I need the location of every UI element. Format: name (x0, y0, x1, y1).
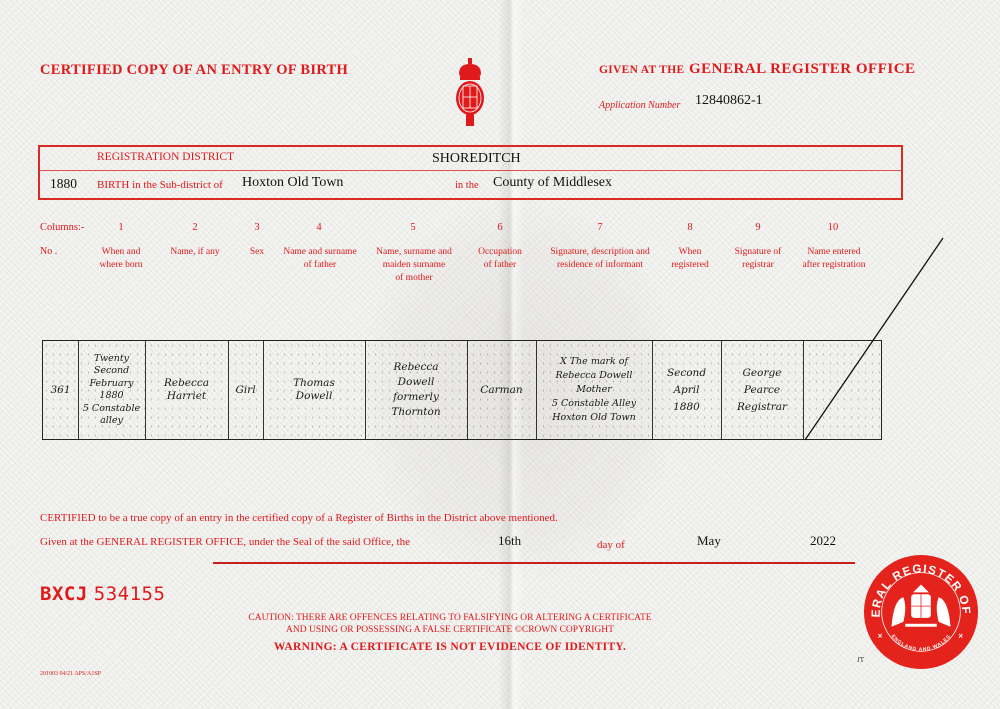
general-register-office-seal-icon: GENERAL REGISTER OFFICE ENGLAND AND WALE… (862, 553, 980, 671)
birth-entry-row: 361 Twenty Second February 1880 5 Consta… (42, 340, 882, 440)
given-statement: Given at the GENERAL REGISTER OFFICE, un… (40, 536, 410, 548)
serial-prefix: BXCJ (40, 583, 88, 605)
column-number-10: 10 (803, 222, 863, 233)
certificate-serial: BXCJ534155 (40, 583, 165, 605)
column-header-2: Name, if any (160, 246, 230, 259)
column-header-5: Name, surname andmaiden surnameof mother (368, 246, 460, 285)
entry-informant: X The mark of Rebecca Dowell Mother 5 Co… (536, 341, 652, 439)
certificate-title: CERTIFIED COPY OF AN ENTRY OF BIRTH (40, 62, 348, 79)
entry-when-where-born: Twenty Second February 1880 5 Constable … (78, 341, 145, 439)
entry-when-registered: Second April 1880 (652, 341, 721, 439)
column-number-4: 4 (289, 222, 349, 233)
no-label: No . (40, 246, 57, 257)
entry-occupation: Carman (467, 341, 536, 439)
registration-divider (40, 170, 901, 171)
column-header-3: Sex (242, 246, 272, 259)
signature-line (213, 562, 855, 564)
column-header-6: Occupationof father (470, 246, 530, 272)
certified-statement: CERTIFIED to be a true copy of an entry … (40, 512, 558, 524)
registration-district-label: REGISTRATION DISTRICT (97, 151, 234, 163)
certified-day: 16th (498, 533, 521, 549)
registration-district-value: SHOREDITCH (432, 151, 521, 167)
caution-notice: CAUTION: THERE ARE OFFENCES RELATING TO … (190, 612, 710, 636)
column-number-7: 7 (570, 222, 630, 233)
print-code: 201903 04/21 APS/A1SP (40, 671, 101, 677)
subdistrict-value: Hoxton Old Town (242, 175, 343, 191)
column-header-8: Whenregistered (660, 246, 720, 272)
identity-warning: WARNING: A CERTIFICATE IS NOT EVIDENCE O… (190, 641, 710, 653)
columns-label: Columns:- (40, 222, 84, 233)
column-header-7: Signature, description andresidence of i… (540, 246, 660, 272)
in-the-label: in the (455, 180, 479, 191)
entry-number: 361 (43, 341, 78, 439)
svg-text:×: × (958, 632, 963, 641)
entry-mother: Rebecca Dowell formerly Thornton (365, 341, 467, 439)
birth-subdistrict-label: BIRTH in the Sub-district of (97, 179, 223, 191)
certified-year: 2022 (810, 533, 836, 549)
royal-crest-icon (455, 58, 485, 128)
column-number-1: 1 (91, 222, 151, 233)
column-header-4: Name and surnameof father (274, 246, 366, 272)
office-name: GENERAL REGISTER OFFICE (689, 61, 916, 78)
application-number-label: Application Number (599, 100, 680, 111)
column-number-8: 8 (660, 222, 720, 233)
application-number: 12840862-1 (695, 93, 763, 109)
serial-number: 534155 (94, 583, 166, 605)
day-of-label: day of (597, 539, 625, 551)
column-number-2: 2 (165, 222, 225, 233)
strike-through-line (780, 235, 950, 445)
svg-text:×: × (878, 632, 883, 641)
certified-month: May (697, 533, 721, 549)
county-value: County of Middlesex (493, 175, 612, 191)
entry-name: Rebecca Harriet (145, 341, 228, 439)
column-number-9: 9 (728, 222, 788, 233)
entry-father: Thomas Dowell (263, 341, 365, 439)
given-at-prefix: GIVEN AT THE (599, 64, 684, 76)
registration-year: 1880 (50, 176, 77, 192)
column-header-9: Signature ofregistrar (728, 246, 788, 272)
column-header-1: When andwhere born (91, 246, 151, 272)
column-number-3: 3 (227, 222, 287, 233)
entry-sex: Girl (228, 341, 263, 439)
column-number-5: 5 (383, 222, 443, 233)
column-number-6: 6 (470, 222, 530, 233)
